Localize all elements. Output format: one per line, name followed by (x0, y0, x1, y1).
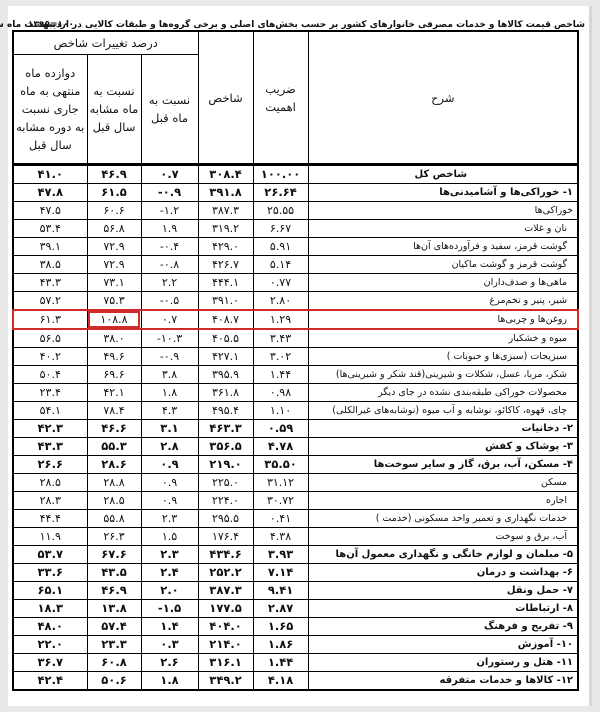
cell-mom-change: ۳.۱ (141, 420, 198, 438)
cell-twelve-month-change: ۲۳.۴ (13, 384, 87, 402)
cell-index: ۳۵۶.۵ (198, 438, 253, 456)
cell-mom-change: ۳.۸ (141, 366, 198, 384)
cell-yoy-change: ۴۶.۹ (87, 165, 141, 184)
cell-description: ۲- دخانیات (308, 420, 578, 438)
cell-description: روغن‌ها و چربی‌ها (308, 310, 578, 329)
cell-mom-change: ۲.۲ (141, 274, 198, 292)
cell-yoy-change: ۳۸.۰ (87, 329, 141, 348)
cell-yoy-change: ۶۹.۶ (87, 366, 141, 384)
cell-mom-change: ۱.۵ (141, 528, 198, 546)
cell-description: نان و غلات (308, 220, 578, 238)
table-row: ۵۳.۷۶۷.۶۲.۳۴۳۴.۶۳.۹۳۵- مبلمان و لوازم خا… (13, 546, 578, 564)
table-row: ۴۷.۵۶۰.۶-۱.۲۳۸۷.۳۲۵.۵۵خوراکی‌ها (13, 202, 578, 220)
table-row: ۴۴.۴۵۵.۸۲.۳۲۹۵.۵۰.۴۱خدمات نگهداری و تعمی… (13, 510, 578, 528)
table-row: ۴۲.۴۵۰.۶۱.۸۳۴۹.۲۴.۱۸۱۲- کالاها و خدمات م… (13, 672, 578, 691)
cell-yoy-change: ۲۶.۳ (87, 528, 141, 546)
cell-weight: ۴.۱۸ (253, 672, 308, 691)
cell-weight: ۲.۸۰ (253, 292, 308, 311)
cell-twelve-month-change: ۴۳.۳ (13, 274, 87, 292)
cell-twelve-month-change: ۴۷.۵ (13, 202, 87, 220)
cell-index: ۱۷۷.۵ (198, 600, 253, 618)
cell-description: اجاره (308, 492, 578, 510)
cell-index: ۲۱۴.۰ (198, 636, 253, 654)
cell-yoy-change: ۶۱.۵ (87, 184, 141, 202)
cell-description: آب، برق و سوخت (308, 528, 578, 546)
cell-mom-change: ۰.۳ (141, 636, 198, 654)
cell-weight: ۳۰.۷۲ (253, 492, 308, 510)
cell-index: ۴۰۸.۷ (198, 310, 253, 329)
cell-index: ۳۴۹.۲ (198, 672, 253, 691)
cell-mom-change: ۱.۸ (141, 672, 198, 691)
cell-twelve-month-change: ۴۲.۳ (13, 420, 87, 438)
cell-mom-change: -۰.۴ (141, 238, 198, 256)
cell-description: ۸- ارتباطات (308, 600, 578, 618)
cell-index: ۳۹۱.۸ (198, 184, 253, 202)
cell-index: ۴۰۴.۰ (198, 618, 253, 636)
table-row: ۵۰.۴۶۹.۶۳.۸۳۹۵.۹۱.۴۴شکر، مربا، عسل، شکلا… (13, 366, 578, 384)
table-row: ۴۳.۳۷۳.۱۲.۲۴۴۴.۱۰.۷۷ماهی‌ها و صدف‌داران (13, 274, 578, 292)
cell-weight: ۲.۸۷ (253, 600, 308, 618)
cell-mom-change: ۲.۳ (141, 546, 198, 564)
cell-index: ۳۸۷.۳ (198, 202, 253, 220)
table-row: ۴۲.۳۴۶.۶۳.۱۴۶۳.۳۰.۵۹۲- دخانیات (13, 420, 578, 438)
cell-index: ۲۹۵.۵ (198, 510, 253, 528)
cell-twelve-month-change: ۴۷.۸ (13, 184, 87, 202)
cell-mom-change: -۰.۸ (141, 256, 198, 274)
cell-index: ۴۲۹.۰ (198, 238, 253, 256)
table-row: ۳۶.۷۶۰.۸۲.۶۳۱۶.۱۱.۴۴۱۱- هتل و رستوران (13, 654, 578, 672)
cell-mom-change: ۱.۴ (141, 618, 198, 636)
cell-twelve-month-change: ۵۷.۲ (13, 292, 87, 311)
table-row: ۲۸.۵۲۸.۸۰.۹۲۲۵.۰۳۱.۱۲مسکن (13, 474, 578, 492)
header-year-over-year: نسبت به ماه مشابه سال قبل (87, 55, 141, 165)
table-row: ۵۴.۱۷۸.۴۴.۳۴۹۵.۴۱.۱۰چای، قهوه، کاکائو، ن… (13, 402, 578, 420)
cell-weight: ۳.۴۳ (253, 329, 308, 348)
cell-mom-change: ۱.۸ (141, 384, 198, 402)
table-row: ۱۸.۳۱۳.۸-۱.۵۱۷۷.۵۲.۸۷۸- ارتباطات (13, 600, 578, 618)
table-row: ۴۳.۳۵۵.۳۲.۸۳۵۶.۵۴.۷۸۳- پوشاک و کفش (13, 438, 578, 456)
cell-description: ۶- بهداشت و درمان (308, 564, 578, 582)
table-row: ۴۷.۸۶۱.۵-۰.۹۳۹۱.۸۲۶.۶۴۱- خوراکی‌ها و آشا… (13, 184, 578, 202)
cell-weight: ۳.۹۳ (253, 546, 308, 564)
cell-mom-change: ۰.۹ (141, 474, 198, 492)
cell-index: ۲۲۵.۰ (198, 474, 253, 492)
cell-weight: ۱.۸۶ (253, 636, 308, 654)
cell-mom-change: ۰.۹ (141, 492, 198, 510)
cell-description: ۳- پوشاک و کفش (308, 438, 578, 456)
cell-twelve-month-change: ۲۶.۶ (13, 456, 87, 474)
cell-weight: ۱.۴۴ (253, 654, 308, 672)
cell-yoy-change: ۲۸.۵ (87, 492, 141, 510)
header-month-over-month: نسبت به ماه قبل (141, 55, 198, 165)
cell-twelve-month-change: ۴۳.۳ (13, 438, 87, 456)
cell-yoy-change: ۵۶.۸ (87, 220, 141, 238)
cell-twelve-month-change: ۵۳.۷ (13, 546, 87, 564)
cell-index: ۴۶۳.۳ (198, 420, 253, 438)
cell-twelve-month-change: ۳۸.۵ (13, 256, 87, 274)
cell-weight: ۴.۳۸ (253, 528, 308, 546)
cell-index: ۴۴۴.۱ (198, 274, 253, 292)
cell-description: محصولات خوراکی طبقه‌بندی نشده در جای دیگ… (308, 384, 578, 402)
cell-description: ۷- حمل ونقل (308, 582, 578, 600)
header-percent-change-group: درصد تغییرات شاخص (13, 31, 198, 55)
cell-description: گوشت قرمز و گوشت ماکیان (308, 256, 578, 274)
cell-twelve-month-change: ۱۸.۳ (13, 600, 87, 618)
cell-yoy-change: ۲۸.۸ (87, 474, 141, 492)
cell-index: ۴۲۷.۱ (198, 348, 253, 366)
cell-index: ۳۹۱.۰ (198, 292, 253, 311)
cell-description: خدمات نگهداری و تعمیر واحد مسکونی (خدمت … (308, 510, 578, 528)
cell-twelve-month-change: ۵۳.۴ (13, 220, 87, 238)
cell-twelve-month-change: ۱۱.۹ (13, 528, 87, 546)
table-row: ۲۳.۴۴۲.۱۱.۸۳۶۱.۸۰.۹۸محصولات خوراکی طبقه‌… (13, 384, 578, 402)
cell-mom-change: ۲.۶ (141, 654, 198, 672)
cell-twelve-month-change: ۲۸.۵ (13, 474, 87, 492)
cell-index: ۳۱۹.۲ (198, 220, 253, 238)
table-row: ۴۸.۰۵۷.۴۱.۴۴۰۴.۰۱.۶۵۹- تفریح و فرهنگ (13, 618, 578, 636)
cell-weight: ۱۰۰.۰۰ (253, 165, 308, 184)
cell-twelve-month-change: ۲۸.۳ (13, 492, 87, 510)
cpi-table: درصد تغییرات شاخص شاخص ضریب اهمیت شرح دو… (12, 30, 579, 691)
cell-yoy-change: ۴۶.۹ (87, 582, 141, 600)
cell-index: ۴۹۵.۴ (198, 402, 253, 420)
table-row: ۳۸.۵۷۲.۹-۰.۸۴۲۶.۷۵.۱۴گوشت قرمز و گوشت ما… (13, 256, 578, 274)
cell-index: ۱۷۶.۴ (198, 528, 253, 546)
cell-weight: ۰.۷۷ (253, 274, 308, 292)
header-twelve-month: دوازده ماه منتهی به ماه جاری نسبت به دور… (13, 55, 87, 165)
cell-description: ۱- خوراکی‌ها و آشامیدنی‌ها (308, 184, 578, 202)
cell-description: شکر، مربا، عسل، شکلات و شیرینی(قند شکر و… (308, 366, 578, 384)
cell-description: ۱۱- هتل و رستوران (308, 654, 578, 672)
cell-weight: ۳۱.۱۲ (253, 474, 308, 492)
cell-twelve-month-change: ۳۳.۶ (13, 564, 87, 582)
cell-twelve-month-change: ۵۶.۵ (13, 329, 87, 348)
cell-mom-change: ۰.۷ (141, 310, 198, 329)
cell-weight: ۲۶.۶۴ (253, 184, 308, 202)
cell-description: گوشت قرمز، سفید و فرآورده‌های آن‌ها (308, 238, 578, 256)
cell-weight: ۷.۱۴ (253, 564, 308, 582)
cell-weight: ۰.۴۱ (253, 510, 308, 528)
cell-mom-change: ۲.۴ (141, 564, 198, 582)
table-row: ۴۰.۲۴۹.۶-۰.۹۴۲۷.۱۳.۰۲سبزیجات (سبزی‌ها و … (13, 348, 578, 366)
cell-yoy-change: ۴۳.۵ (87, 564, 141, 582)
cell-mom-change: ۱.۹ (141, 220, 198, 238)
table-row: ۲۸.۳۲۸.۵۰.۹۲۲۴.۰۳۰.۷۲اجاره (13, 492, 578, 510)
cell-yoy-change: ۱۳.۸ (87, 600, 141, 618)
table-row: ۲۲.۰۲۳.۳۰.۳۲۱۴.۰۱.۸۶۱۰- آموزش (13, 636, 578, 654)
cell-weight: ۱.۶۵ (253, 618, 308, 636)
cell-mom-change: -۱.۵ (141, 600, 198, 618)
cell-description: ماهی‌ها و صدف‌داران (308, 274, 578, 292)
cell-index: ۲۲۴.۰ (198, 492, 253, 510)
cell-yoy-change: ۲۳.۳ (87, 636, 141, 654)
cell-weight: ۵.۱۴ (253, 256, 308, 274)
cell-mom-change: ۲.۳ (141, 510, 198, 528)
cell-yoy-change: ۴۶.۶ (87, 420, 141, 438)
cell-index: ۲۵۲.۲ (198, 564, 253, 582)
cell-yoy-change: ۵۵.۳ (87, 438, 141, 456)
cell-weight: ۵.۹۱ (253, 238, 308, 256)
cell-yoy-change: ۴۲.۱ (87, 384, 141, 402)
cell-twelve-month-change: ۴۴.۴ (13, 510, 87, 528)
table-row: ۱۱.۹۲۶.۳۱.۵۱۷۶.۴۴.۳۸آب، برق و سوخت (13, 528, 578, 546)
cell-yoy-change: ۷۲.۹ (87, 256, 141, 274)
cell-yoy-change: ۵۵.۸ (87, 510, 141, 528)
cell-description: شیر، پنیر و تخم‌مرغ (308, 292, 578, 311)
cell-description: خوراکی‌ها (308, 202, 578, 220)
cell-twelve-month-change: ۴۲.۴ (13, 672, 87, 691)
cell-index: ۳۹۵.۹ (198, 366, 253, 384)
cell-index: ۳۱۶.۱ (198, 654, 253, 672)
cell-description: چای، قهوه، کاکائو، نوشابه و آب میوه (نوش… (308, 402, 578, 420)
cell-twelve-month-change: ۲۲.۰ (13, 636, 87, 654)
table-row: ۲۶.۶۲۸.۶۰.۹۲۱۹.۰۳۵.۵۰۴- مسکن، آب، برق، گ… (13, 456, 578, 474)
cell-index: ۴۰۵.۵ (198, 329, 253, 348)
cell-mom-change: -۰.۵ (141, 292, 198, 311)
cell-yoy-change: ۶۷.۶ (87, 546, 141, 564)
cell-description: ۵- مبلمان و لوازم خانگی و نگهداری معمول … (308, 546, 578, 564)
cell-mom-change: ۴.۳ (141, 402, 198, 420)
cell-yoy-change: ۷۲.۹ (87, 238, 141, 256)
table-row: ۶۵.۱۴۶.۹۲.۰۳۸۷.۳۹.۴۱۷- حمل ونقل (13, 582, 578, 600)
cell-description: ۹- تفریح و فرهنگ (308, 618, 578, 636)
cell-weight: ۶.۶۷ (253, 220, 308, 238)
table-row-highlighted: ۶۱.۳۱۰۸.۸۰.۷۴۰۸.۷۱.۲۹روغن‌ها و چربی‌ها (13, 310, 578, 329)
cell-weight: ۱.۲۹ (253, 310, 308, 329)
cell-index: ۳۶۱.۸ (198, 384, 253, 402)
header-index: شاخص (198, 31, 253, 165)
table-row: ۵۶.۵۳۸.۰-۱۰.۳۴۰۵.۵۳.۴۳میوه و خشکبار (13, 329, 578, 348)
cell-index: ۴۳۴.۶ (198, 546, 253, 564)
cell-twelve-month-change: ۵۴.۱ (13, 402, 87, 420)
cell-yoy-change: ۵۰.۶ (87, 672, 141, 691)
cell-weight: ۱.۴۴ (253, 366, 308, 384)
cell-twelve-month-change: ۵۰.۴ (13, 366, 87, 384)
cell-yoy-change: ۷۵.۳ (87, 292, 141, 311)
cell-index: ۳۰۸.۴ (198, 165, 253, 184)
table-body: ۴۱.۰۴۶.۹۰.۷۳۰۸.۴۱۰۰.۰۰شاخص کل۴۷.۸۶۱.۵-۰.… (13, 165, 578, 691)
cell-twelve-month-change: ۴۸.۰ (13, 618, 87, 636)
cell-index: ۳۸۷.۳ (198, 582, 253, 600)
cell-yoy-change: ۶۰.۶ (87, 202, 141, 220)
cell-weight: ۱.۱۰ (253, 402, 308, 420)
cell-index: ۴۲۶.۷ (198, 256, 253, 274)
cell-twelve-month-change: ۳۶.۷ (13, 654, 87, 672)
cell-mom-change: ۰.۹ (141, 456, 198, 474)
cell-yoy-change: ۲۸.۶ (87, 456, 141, 474)
cell-description: میوه و خشکبار (308, 329, 578, 348)
cell-description: ۴- مسکن، آب، برق، گاز و سایر سوخت‌ها (308, 456, 578, 474)
cell-mom-change: ۲.۸ (141, 438, 198, 456)
cell-mom-change: -۰.۹ (141, 348, 198, 366)
table-row: ۵۷.۲۷۵.۳-۰.۵۳۹۱.۰۲.۸۰شیر، پنیر و تخم‌مرغ (13, 292, 578, 311)
cell-weight: ۹.۴۱ (253, 582, 308, 600)
cell-weight: ۳۵.۵۰ (253, 456, 308, 474)
table-row: ۵۳.۴۵۶.۸۱.۹۳۱۹.۲۶.۶۷نان و غلات (13, 220, 578, 238)
cell-yoy-change: ۷۸.۴ (87, 402, 141, 420)
cell-twelve-month-change: ۳۹.۱ (13, 238, 87, 256)
cell-description: شاخص کل (308, 165, 578, 184)
cell-yoy-change: ۶۰.۸ (87, 654, 141, 672)
cell-weight: ۰.۹۸ (253, 384, 308, 402)
cell-yoy-change: ۷۳.۱ (87, 274, 141, 292)
cell-weight: ۰.۵۹ (253, 420, 308, 438)
header-weight: ضریب اهمیت (253, 31, 308, 165)
cell-twelve-month-change: ۴۰.۲ (13, 348, 87, 366)
cell-description: مسکن (308, 474, 578, 492)
cell-yoy-change: ۴۹.۶ (87, 348, 141, 366)
cell-weight: ۴.۷۸ (253, 438, 308, 456)
cell-twelve-month-change: ۶۱.۳ (13, 310, 87, 329)
cell-mom-change: -۱۰.۳ (141, 329, 198, 348)
cell-twelve-month-change: ۴۱.۰ (13, 165, 87, 184)
table-row: ۴۱.۰۴۶.۹۰.۷۳۰۸.۴۱۰۰.۰۰شاخص کل (13, 165, 578, 184)
cell-description: سبزیجات (سبزی‌ها و حبوبات ) (308, 348, 578, 366)
cell-description: ۱۰- آموزش (308, 636, 578, 654)
cell-weight: ۲۵.۵۵ (253, 202, 308, 220)
cell-twelve-month-change: ۶۵.۱ (13, 582, 87, 600)
document-title: شاخص قیمت کالاها و خدمات مصرفی خانوارهای… (0, 20, 585, 30)
cell-weight: ۳.۰۲ (253, 348, 308, 366)
cell-index: ۲۱۹.۰ (198, 456, 253, 474)
cell-description: ۱۲- کالاها و خدمات متفرقه (308, 672, 578, 691)
cell-mom-change: -۰.۹ (141, 184, 198, 202)
cell-yoy-change: ۵۷.۴ (87, 618, 141, 636)
header-description: شرح (308, 31, 578, 165)
cell-mom-change: -۱.۲ (141, 202, 198, 220)
cell-mom-change: ۰.۷ (141, 165, 198, 184)
cell-yoy-change: ۱۰۸.۸ (87, 310, 141, 329)
table-row: ۳۹.۱۷۲.۹-۰.۴۴۲۹.۰۵.۹۱گوشت قرمز، سفید و ف… (13, 238, 578, 256)
table-row: ۳۳.۶۴۳.۵۲.۴۲۵۲.۲۷.۱۴۶- بهداشت و درمان (13, 564, 578, 582)
cell-mom-change: ۲.۰ (141, 582, 198, 600)
